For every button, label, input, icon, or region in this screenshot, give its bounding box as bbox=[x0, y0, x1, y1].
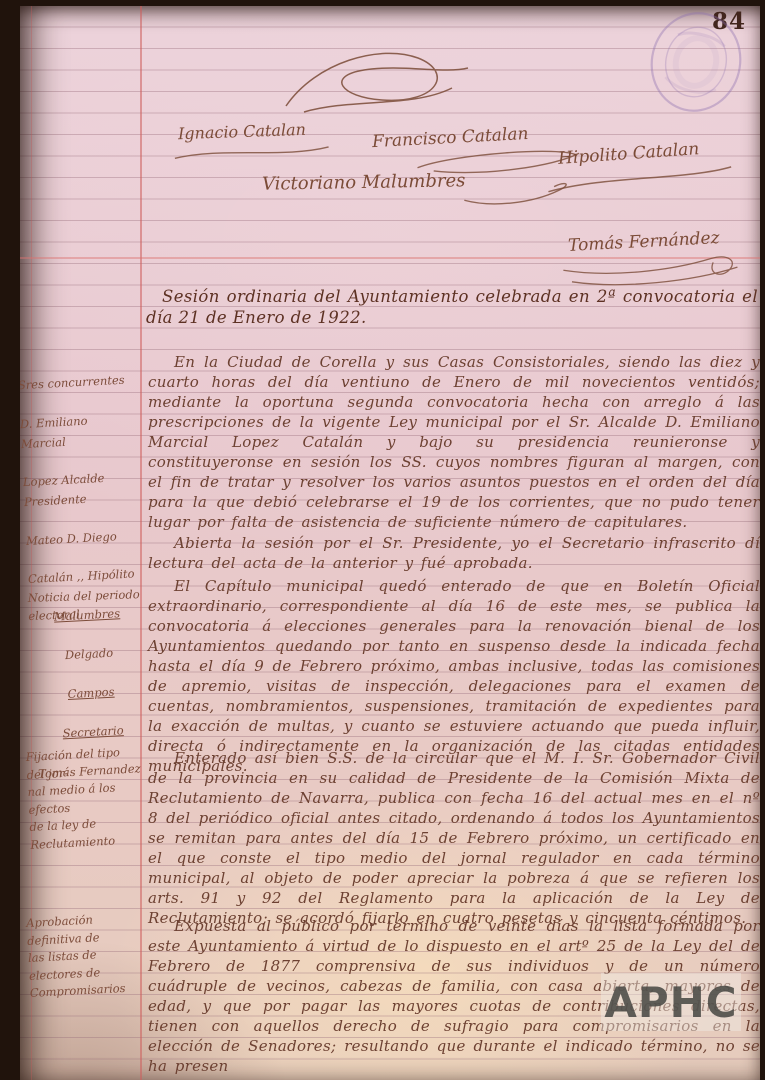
margin-note-line: D. Emiliano Marcial bbox=[20, 409, 135, 454]
margin-note-line: Lopez Alcalde Presidente bbox=[22, 468, 138, 513]
signature: Tomás Fernández bbox=[568, 228, 720, 256]
signature-rubric-icon bbox=[172, 141, 333, 167]
margin-note-listas: Aprobación definitiva de las listas de e… bbox=[26, 909, 144, 1002]
signature: Hipolito Catalan bbox=[557, 139, 699, 169]
margin-note-line: Mateo D. Diego bbox=[26, 526, 141, 551]
signature-rubric-icon bbox=[560, 243, 742, 292]
pen-flourish-icon bbox=[282, 42, 472, 128]
session-heading: Sesión ordinaria del Ayuntamiento celebr… bbox=[146, 286, 758, 329]
body-paragraph: Enterado así bien S.S. de la circular qu… bbox=[148, 748, 760, 928]
margin-note-jornal: Fijación del tipo del jor- nal medio á l… bbox=[25, 743, 144, 854]
signature: Victoriano Malumbres bbox=[262, 170, 466, 195]
archive-watermark: APHC bbox=[601, 973, 741, 1031]
signature: Ignacio Catalan bbox=[178, 120, 307, 143]
ruled-paper-page: 84 Ignacio Catalan Fr bbox=[20, 6, 760, 1080]
body-paragraph: El Capítulo municipal quedó enterado de … bbox=[148, 576, 760, 776]
scanned-ledger-photo: 84 Ignacio Catalan Fr bbox=[0, 0, 765, 1080]
body-paragraph: Abierta la sesión por el Sr. Presidente,… bbox=[148, 533, 760, 573]
margin-note-line: Secretario bbox=[36, 720, 151, 745]
body-paragraph: En la Ciudad de Corella y sus Casas Cons… bbox=[148, 352, 760, 532]
oval-ink-stamp-icon bbox=[642, 10, 750, 114]
signature-name: Victoriano Malumbres bbox=[262, 170, 466, 195]
margin-note-line: Delgado bbox=[32, 642, 147, 667]
margin-note-line: Campos bbox=[34, 681, 149, 706]
signature-name: Hipolito Catalan bbox=[557, 139, 699, 169]
signature-name: Ignacio Catalan bbox=[178, 120, 307, 143]
signature: Francisco Catalan bbox=[372, 124, 529, 152]
signature-rubric-icon bbox=[462, 178, 582, 208]
margin-note-periodo-electoral: Noticia del periodo electoral bbox=[27, 586, 142, 625]
margin-note-line: Sres concurrentes bbox=[20, 371, 132, 396]
signature-name: Francisco Catalan bbox=[372, 124, 529, 152]
margin-note-attendees: Sres concurrentes D. Emiliano Marcial Lo… bbox=[20, 351, 154, 803]
